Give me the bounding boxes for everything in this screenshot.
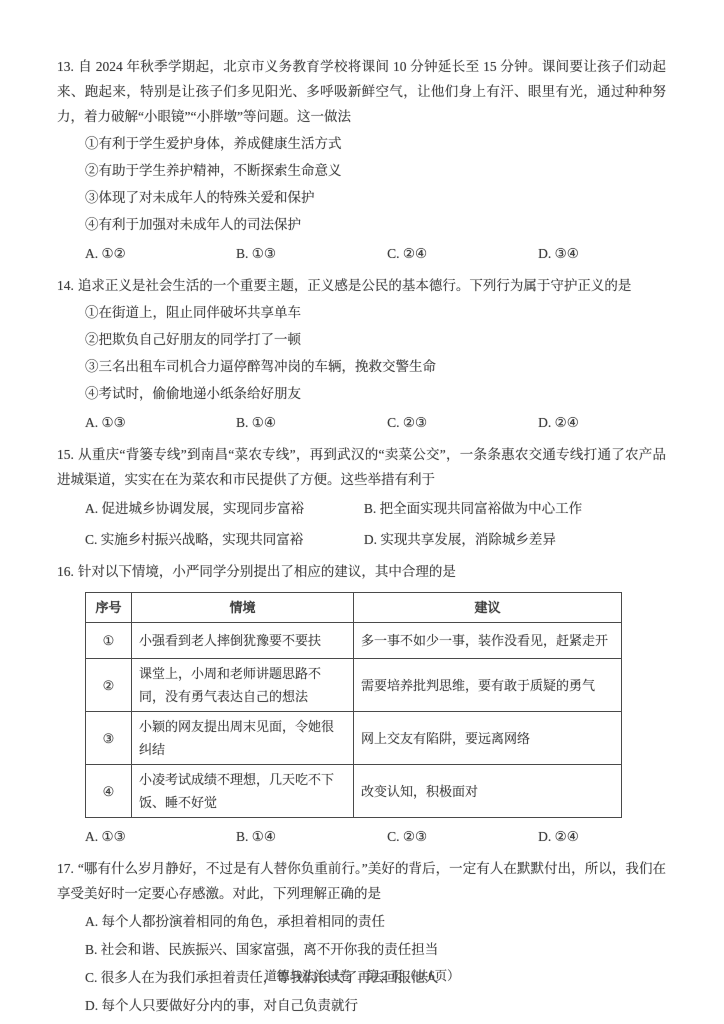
table-cell-situation: 小颖的网友提出周末见面，令她很纠结: [132, 712, 354, 765]
question-number: 16.: [57, 564, 74, 579]
option-c: C. ②④: [387, 241, 538, 266]
option-b: B. ①③: [236, 241, 387, 266]
paper-title: 道德与法治试卷: [264, 969, 352, 983]
statement-item-2: ②有助于学生养护精神，不断探索生命意义: [57, 158, 666, 183]
question-stem-text: 从重庆“背篓专线”到南昌“菜农专线”，再到武汉的“卖菜公交”，一条条惠农交通专线…: [57, 447, 666, 487]
option-a: A. ①②: [85, 241, 236, 266]
option-a: A. 促进城乡协调发展，实现同步富裕: [85, 496, 364, 521]
table-header-situation: 情境: [132, 593, 354, 623]
table-cell-suggestion: 需要培养批判思维，要有敢于质疑的勇气: [354, 659, 622, 712]
question-13-options: A. ①② B. ①③ C. ②④ D. ③④: [57, 241, 666, 266]
question-stem-text: 针对以下情境，小严同学分别提出了相应的建议，其中合理的是: [78, 564, 456, 579]
table-row: ① 小强看到老人摔倒犹豫要不要扶 多一事不如少一事，装作没看见，赶紧走开: [86, 623, 622, 659]
table-header-row: 序号 情境 建议: [86, 593, 622, 623]
statement-item-4: ④考试时，偷偷地递小纸条给好朋友: [57, 381, 666, 406]
question-16: 16.针对以下情境，小严同学分别提出了相应的建议，其中合理的是 序号 情境 建议…: [57, 559, 666, 849]
option-d: D. ②④: [538, 410, 666, 435]
table-cell-number: ④: [86, 765, 132, 818]
statement-item-3: ③三名出租车司机合力逼停醉驾冲岗的车辆，挽救交警生命: [57, 354, 666, 379]
table-cell-situation: 课堂上，小周和老师讲题思路不同，没有勇气表达自己的想法: [132, 659, 354, 712]
question-17-stem: 17.“哪有什么岁月静好，不过是有人替你负重前行。”美好的背后，一定有人在默默付…: [57, 856, 666, 906]
option-c: C. 实施乡村振兴战略，实现共同富裕: [85, 527, 364, 552]
question-15-options: A. 促进城乡协调发展，实现同步富裕 B. 把全面实现共同富裕做为中心工作 C.…: [57, 496, 666, 552]
table-row: ④ 小凌考试成绩不理想，几天吃不下饭、睡不好觉 改变认知，积极面对: [86, 765, 622, 818]
option-b: B. ①④: [236, 824, 387, 849]
table-header-number: 序号: [86, 593, 132, 623]
table-cell-number: ①: [86, 623, 132, 659]
question-number: 17.: [57, 861, 74, 876]
option-a: A. ①③: [85, 824, 236, 849]
page-footer: 道德与法治试卷第 2 页（共6页）: [0, 966, 724, 984]
question-17: 17.“哪有什么岁月静好，不过是有人替你负重前行。”美好的背后，一定有人在默默付…: [57, 856, 666, 1018]
question-14-items: ①在街道上，阻止同伴破坏共享单车 ②把欺负自己好朋友的同学打了一顿 ③三名出租车…: [57, 300, 666, 406]
question-14: 14.追求正义是社会生活的一个重要主题，正义感是公民的基本德行。下列行为属于守护…: [57, 273, 666, 435]
exam-page: 13.自 2024 年秋季学期起，北京市义务教育学校将课间 10 分钟延长至 1…: [0, 0, 724, 1024]
option-b: B. ①④: [236, 410, 387, 435]
statement-item-2: ②把欺负自己好朋友的同学打了一顿: [57, 327, 666, 352]
option-d: D. ③④: [538, 241, 666, 266]
table-row: ③ 小颖的网友提出周末见面，令她很纠结 网上交友有陷阱，要远离网络: [86, 712, 622, 765]
option-a: A. 每个人都扮演着相同的角色，承担着相同的责任: [57, 909, 666, 934]
question-15: 15.从重庆“背篓专线”到南昌“菜农专线”，再到武汉的“卖菜公交”，一条条惠农交…: [57, 442, 666, 552]
question-stem-text: 自 2024 年秋季学期起，北京市义务教育学校将课间 10 分钟延长至 15 分…: [57, 59, 666, 124]
page-indicator: 第 2 页（共6页）: [366, 969, 460, 983]
option-d: D. ②④: [538, 824, 666, 849]
table-cell-suggestion: 多一事不如少一事，装作没看见，赶紧走开: [354, 623, 622, 659]
statement-item-4: ④有利于加强对未成年人的司法保护: [57, 212, 666, 237]
table-cell-suggestion: 网上交友有陷阱，要远离网络: [354, 712, 622, 765]
question-13-stem: 13.自 2024 年秋季学期起，北京市义务教育学校将课间 10 分钟延长至 1…: [57, 54, 666, 129]
option-b: B. 社会和谐、民族振兴、国家富强，离不开你我的责任担当: [57, 937, 666, 962]
statement-item-1: ①有利于学生爱护身体，养成健康生活方式: [57, 131, 666, 156]
option-c: C. ②③: [387, 824, 538, 849]
question-14-stem: 14.追求正义是社会生活的一个重要主题，正义感是公民的基本德行。下列行为属于守护…: [57, 273, 666, 298]
table-cell-suggestion: 改变认知，积极面对: [354, 765, 622, 818]
question-number: 15.: [57, 447, 74, 462]
question-13: 13.自 2024 年秋季学期起，北京市义务教育学校将课间 10 分钟延长至 1…: [57, 54, 666, 266]
table-cell-situation: 小强看到老人摔倒犹豫要不要扶: [132, 623, 354, 659]
question-17-options: A. 每个人都扮演着相同的角色，承担着相同的责任 B. 社会和谐、民族振兴、国家…: [57, 909, 666, 1018]
question-14-options: A. ①③ B. ①④ C. ②③ D. ②④: [57, 410, 666, 435]
table-row: ② 课堂上，小周和老师讲题思路不同，没有勇气表达自己的想法 需要培养批判思维，要…: [86, 659, 622, 712]
statement-item-1: ①在街道上，阻止同伴破坏共享单车: [57, 300, 666, 325]
option-b: B. 把全面实现共同富裕做为中心工作: [364, 496, 666, 521]
option-a: A. ①③: [85, 410, 236, 435]
option-c: C. ②③: [387, 410, 538, 435]
question-13-items: ①有利于学生爱护身体，养成健康生活方式 ②有助于学生养护精神，不断探索生命意义 …: [57, 131, 666, 237]
statement-item-3: ③体现了对未成年人的特殊关爱和保护: [57, 185, 666, 210]
question-stem-text: “哪有什么岁月静好，不过是有人替你负重前行。”美好的背后，一定有人在默默付出，所…: [57, 861, 666, 901]
question-15-stem: 15.从重庆“背篓专线”到南昌“菜农专线”，再到武汉的“卖菜公交”，一条条惠农交…: [57, 442, 666, 492]
table-cell-number: ③: [86, 712, 132, 765]
question-16-stem: 16.针对以下情境，小严同学分别提出了相应的建议，其中合理的是: [57, 559, 666, 584]
option-d: D. 每个人只要做好分内的事，对自己负责就行: [57, 993, 666, 1018]
table-cell-situation: 小凌考试成绩不理想，几天吃不下饭、睡不好觉: [132, 765, 354, 818]
question-number: 14.: [57, 278, 74, 293]
question-16-options: A. ①③ B. ①④ C. ②③ D. ②④: [57, 824, 666, 849]
option-d: D. 实现共享发展，消除城乡差异: [364, 527, 666, 552]
question-number: 13.: [57, 59, 74, 74]
question-stem-text: 追求正义是社会生活的一个重要主题，正义感是公民的基本德行。下列行为属于守护正义的…: [78, 278, 632, 293]
table-cell-number: ②: [86, 659, 132, 712]
table-header-suggestion: 建议: [354, 593, 622, 623]
situation-suggestion-table: 序号 情境 建议 ① 小强看到老人摔倒犹豫要不要扶 多一事不如少一事，装作没看见…: [85, 592, 622, 818]
